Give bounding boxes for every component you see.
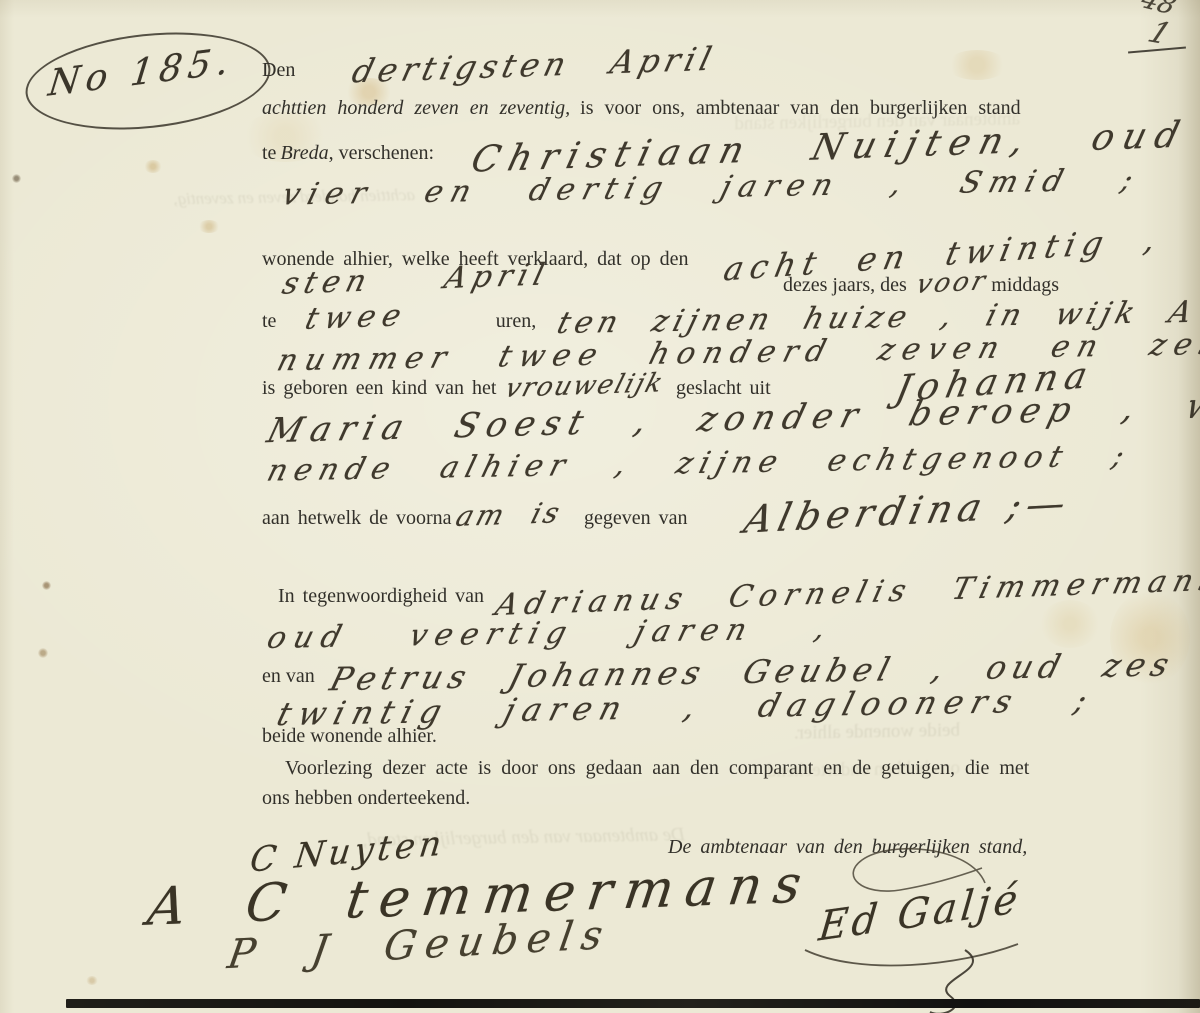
form-line-mother: Maria Soest , zonder beroep , wo- [268,398,1200,438]
form-line-reading2: ons hebben onderteekend. [262,787,470,810]
handwritten-am-is: am is [453,496,567,533]
handwritten-witness1-name: Adrianus Cornelis Timmermans, [492,562,1200,623]
handwritten-date: dertigsten April [349,39,721,90]
stain [946,50,1008,80]
form-line-date: Dendertigsten April [262,46,716,84]
printed-officiant: is voor ons, ambtenaar van den burgerlij… [580,97,1020,119]
document-page: ambtenaar van den burgerlijken stand ach… [0,0,1200,1013]
handwritten-month: sten April [279,257,554,302]
printed-voorna: aan hetwelk de voorna [262,507,451,529]
form-line-appeared: te Breda, verschenen:Christiaan Nuijten,… [262,127,1188,168]
form-line-year: achttien honderd zeven en zeventig, is v… [262,97,1021,120]
bottom-rule [66,999,1200,1008]
form-line-witness1: In tegenwoordigheid vanAdrianus Cornelis… [278,575,1200,610]
printed-uren: uren, [496,310,537,332]
printed-te: te [262,142,276,164]
printed-tegenwoordigheid: In tegenwoordigheid van [278,585,484,607]
printed-dezes-jaars: dezes jaars, des [783,274,907,296]
signature-official: Ed Galjé [817,875,1024,951]
handwritten-daypart: voor [913,266,992,300]
form-line-witness1-age: oud veertig jaren , [268,616,833,651]
printed-verschenen: , verschenen: [329,142,435,164]
form-line-residence: beide wonende alhier. [262,725,437,748]
printed-middags: middags [991,274,1059,296]
printed-gegeven-van: gegeven van [584,507,688,529]
printed-te2: te [262,310,276,332]
printed-geboren: is geboren een kind van het [262,377,496,399]
form-line-daypart: dezes jaars, desvoor middags [783,268,1059,298]
page-number: 1 [1143,15,1176,51]
printed-beide-wonende: beide wonende alhier. [262,725,437,747]
form-line-witness2-age: twintig jaren , daglooners ; [278,688,1094,726]
handwritten-mother-residence: nende alhier , zijne echtgenoot ; [263,438,1135,488]
printed-year: achttien honderd zeven en zeventig, [262,97,570,119]
printed-onderteekend: ons hebben onderteekend. [262,787,470,809]
form-line-month: sten April [283,262,549,297]
stain [198,220,220,233]
printed-en-van: en van [262,665,315,687]
form-line-official-title: De ambtenaar van den burgerlijken stand, [668,836,1027,859]
printed-den: Den [262,59,295,81]
printed-official-title: De ambtenaar van den burgerlijken stand, [668,836,1027,858]
stain [144,160,162,173]
form-line-reading1: Voorlezing dezer acte is door ons gedaan… [285,757,1029,780]
printed-breda: Breda [280,142,328,164]
form-line-childname: aan hetwelk de voornaam isgegeven vanAlb… [262,489,1072,533]
printed-geslacht: geslacht uit [676,377,771,399]
handwritten-witness1-age: oud veertig jaren , [263,611,837,656]
handwritten-hour: twee [302,298,412,337]
printed-voorlezing: Voorlezing dezer acte is door ons gedaan… [285,757,1029,779]
stain [86,976,98,985]
form-line-mother2: nende alhier , zijne echtgenoot ; [268,446,1130,481]
stain [12,174,21,183]
form-line-declarant-age: vier en dertig jaren , Smid ; [283,170,1140,205]
handwritten-childname: Alberdina ;— [741,480,1077,542]
handwritten-declarant-age: vier en dertig jaren , Smid ; [278,162,1144,212]
stain [42,581,51,590]
stain [38,648,48,658]
